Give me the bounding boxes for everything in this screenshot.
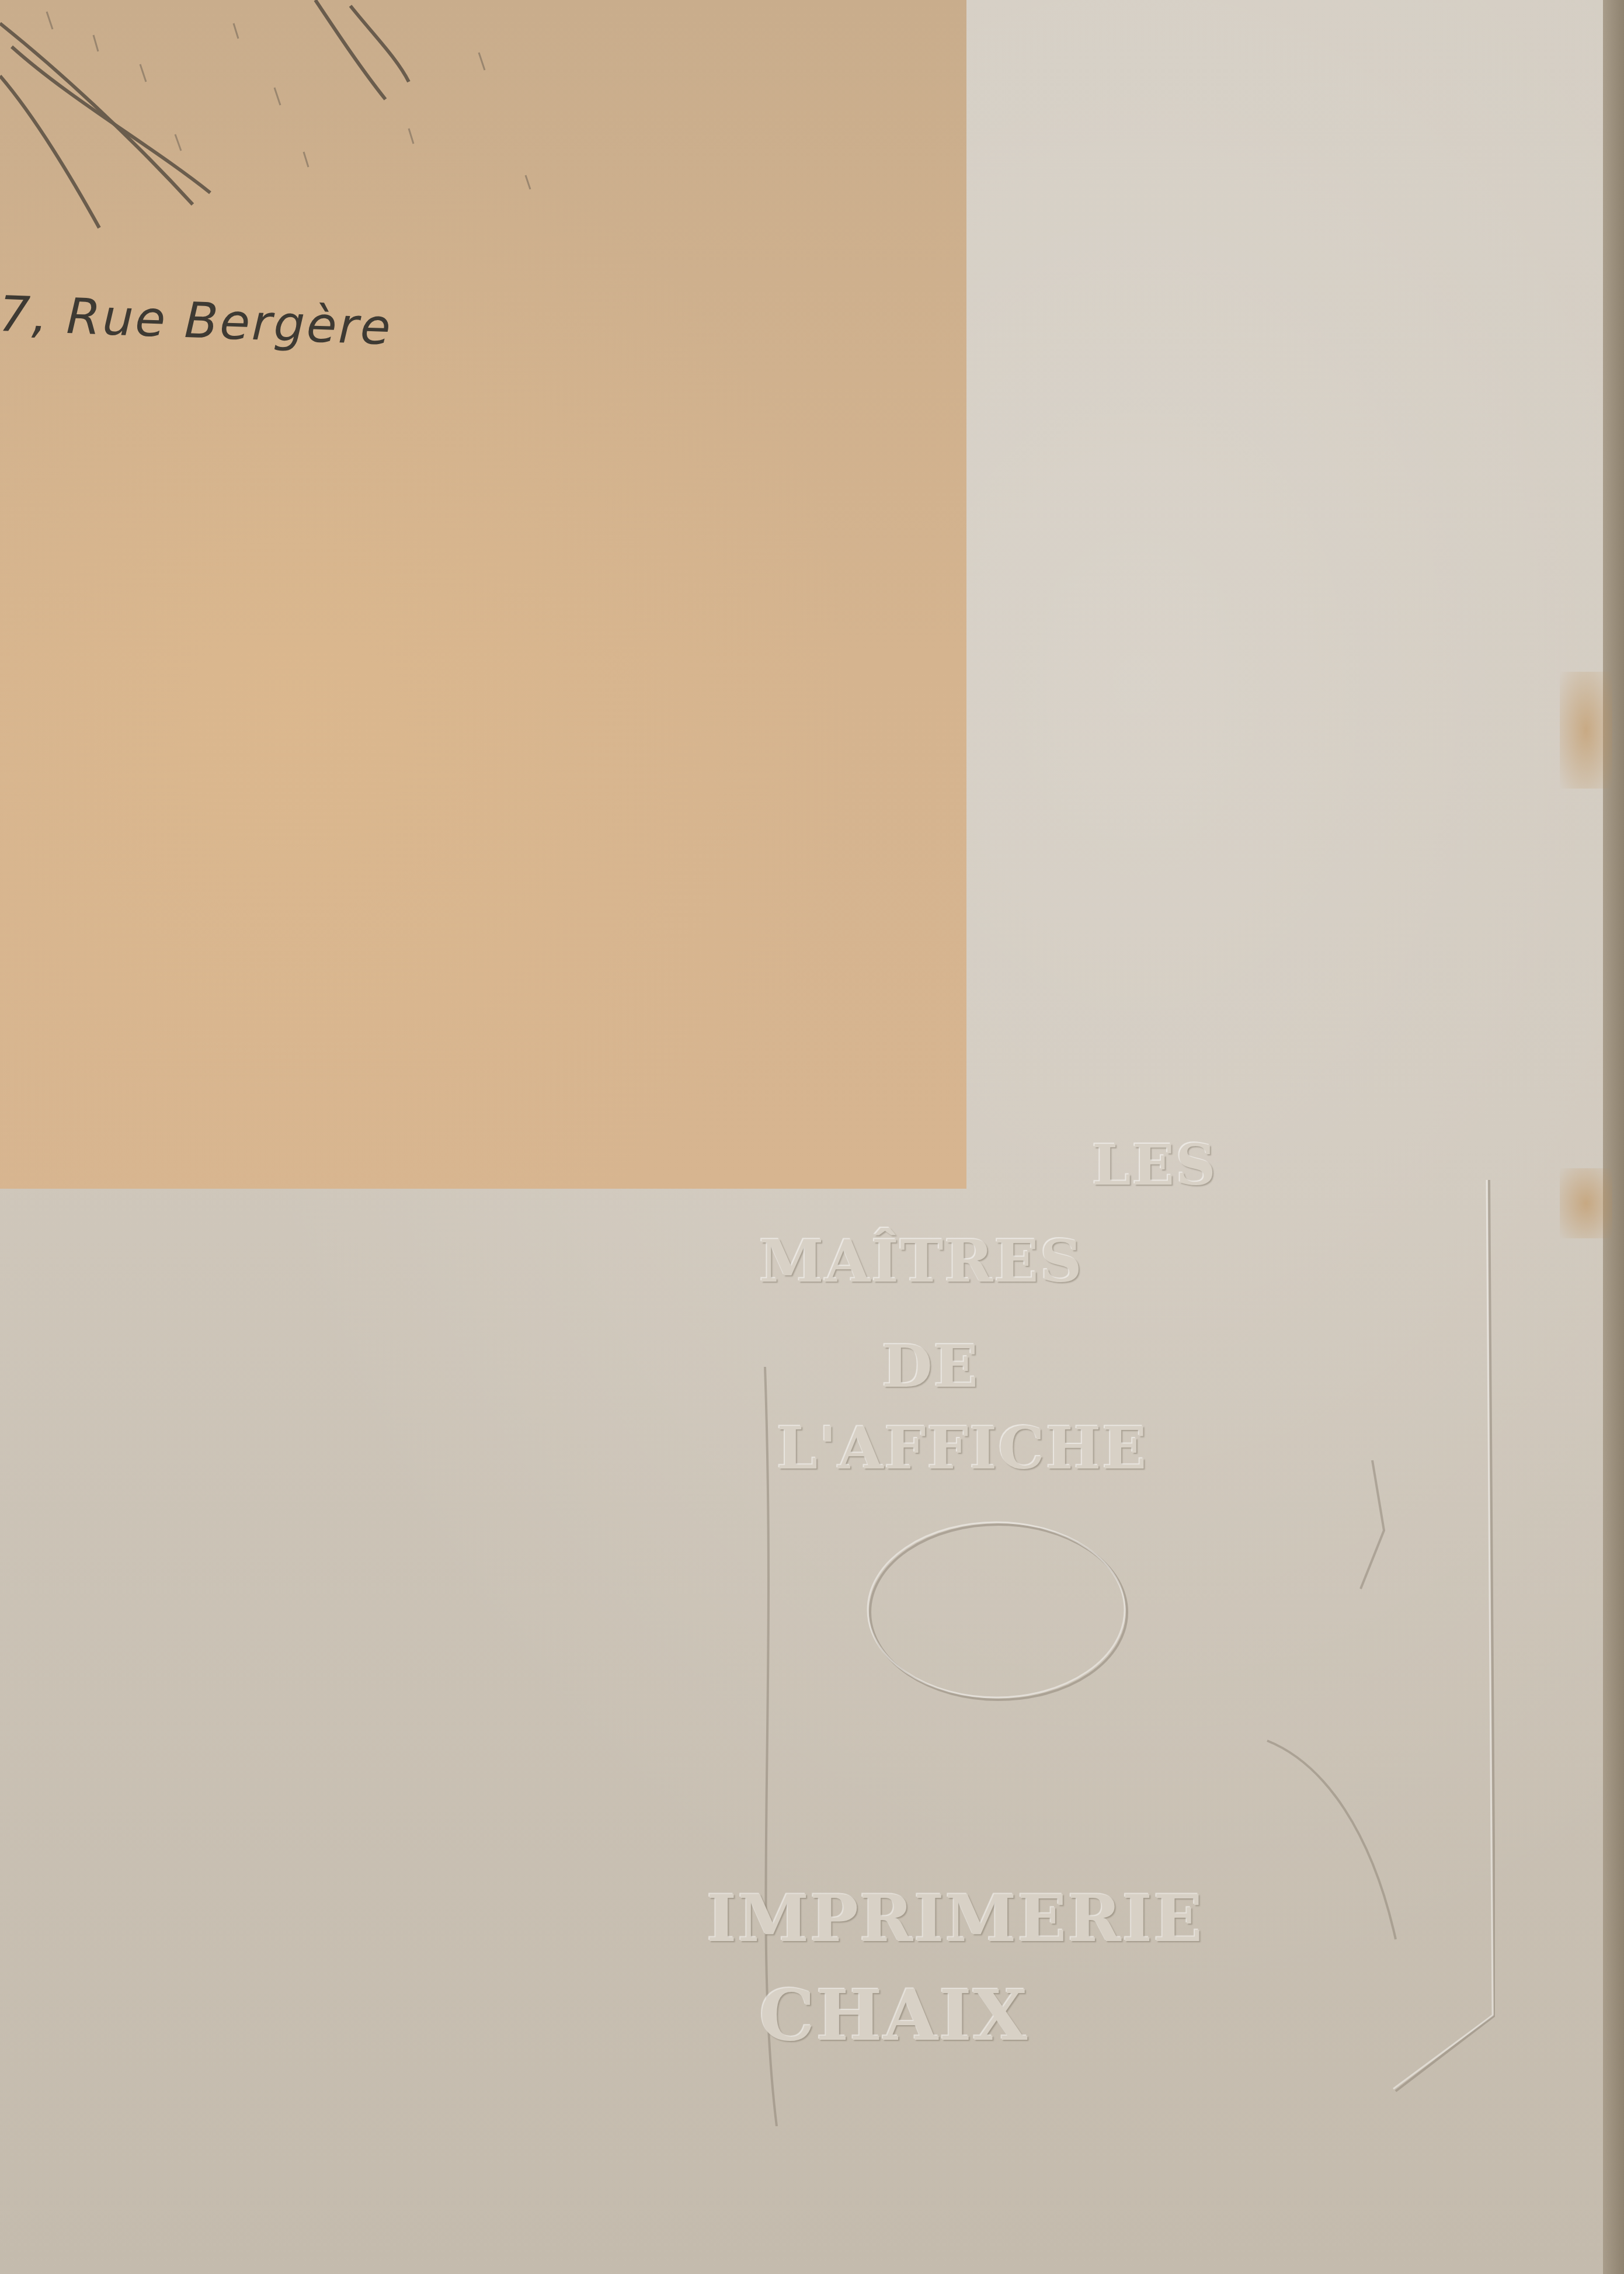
stamp-text-maitres: MAÎTRES <box>759 1227 1083 1296</box>
sketch-drawing <box>0 0 584 234</box>
foxing-stain <box>1560 1168 1612 1238</box>
blind-stamp: LES MAÎTRES DE L'AFFICHE IMPRIMERIE CHAI… <box>695 1110 1501 2161</box>
stamp-text-chaix: CHAIX <box>759 1974 1028 2057</box>
stamp-text-affiche: L'AFFICHE <box>777 1414 1148 1483</box>
foxing-stain <box>1560 672 1612 789</box>
sheet-edge <box>1603 0 1624 2274</box>
stamp-text-les: LES <box>1092 1133 1217 1198</box>
stamp-text-de: DE <box>882 1332 979 1401</box>
paper-sheet: 7, Rue Bergère LES MAÎTRES DE L'AFFICHE … <box>0 0 1624 2274</box>
stamp-text-imprimerie: IMPRIMERIE <box>707 1881 1204 1956</box>
printer-address: 7, Rue Bergère <box>0 285 393 356</box>
lithograph-print-area: 7, Rue Bergère <box>0 0 966 1189</box>
